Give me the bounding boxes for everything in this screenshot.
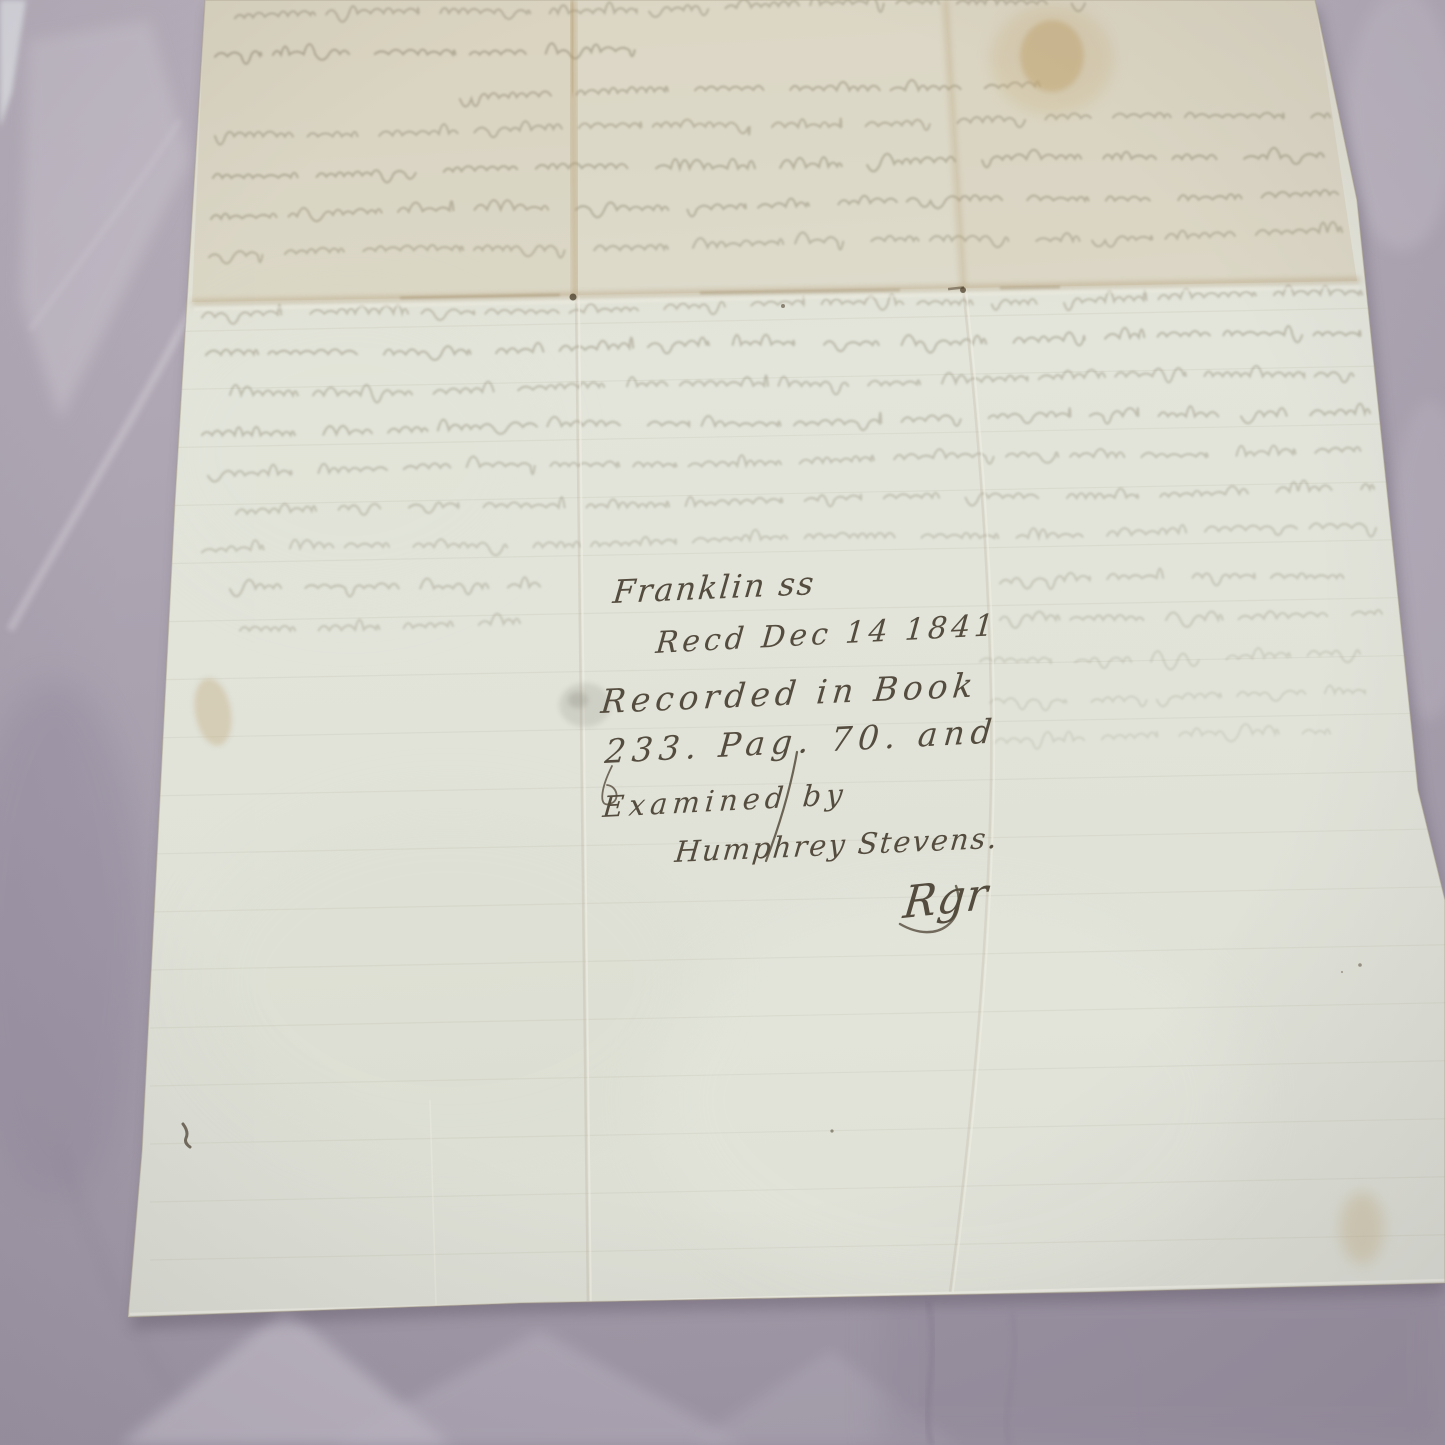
photo-of-document: Franklin ss Recd Dec 14 1841 Recorded in… — [0, 0, 1445, 1445]
photo-viewport: Franklin ss Recd Dec 14 1841 Recorded in… — [0, 0, 1445, 1445]
vignette-overlay — [0, 0, 1445, 1445]
